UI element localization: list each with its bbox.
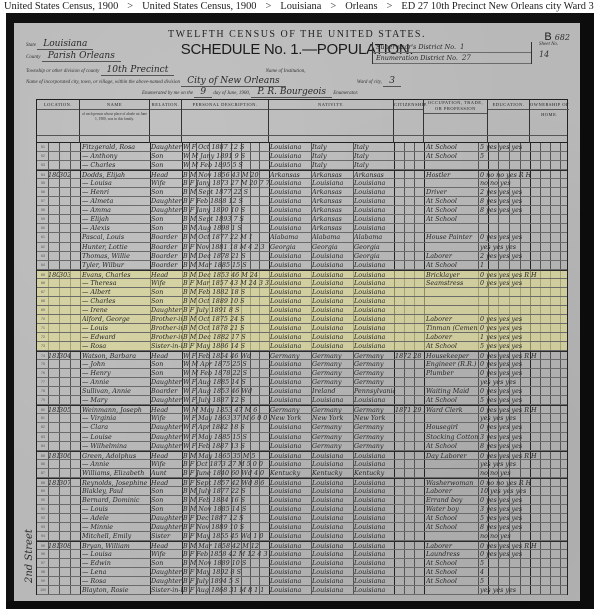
cell-house [48, 505, 59, 514]
cell-imm [395, 387, 424, 396]
cell-line: 67 [39, 288, 47, 297]
cell-line: 96 [39, 550, 47, 559]
cell-edu [480, 306, 569, 315]
cell-line: 84 [39, 442, 47, 451]
cell-birth: Louisiana [270, 460, 311, 469]
cell-mother: Louisiana [354, 215, 394, 224]
cell-occupation: Plumber [426, 369, 478, 378]
cell-name: — Amma [82, 206, 150, 215]
table-body: 51Fitzgerald, RosaDaughterW F Oct 1887 1… [37, 143, 567, 595]
county-field: County Parish Orleans [26, 51, 121, 61]
cell-edu: 8 yes yes yes [480, 523, 569, 532]
cell-occupation: Laborer [426, 315, 478, 324]
header-name-sub: of each person whose place of abode on J… [80, 110, 149, 124]
cell-father: Germany [312, 442, 353, 451]
table-row: 651809303Evans, CharlesHeadB M Dec 1853 … [37, 270, 567, 279]
table-row: 83— LouiseDaughterW F May 1885 15 SLouis… [37, 433, 567, 442]
cell-family [59, 532, 70, 541]
cell-house [48, 369, 59, 378]
cell-birth: Louisiana [270, 523, 311, 532]
table-row: 58— AmmaDaughterB F Jany 1890 10 SLouisi… [37, 206, 567, 215]
cell-name: Blakley, Paul [82, 487, 150, 496]
cell-desc: W F May 1885 15 S [183, 433, 269, 442]
breadcrumb-state[interactable]: Louisiana [280, 1, 321, 13]
cell-mother: Louisiana [354, 505, 394, 514]
ed-value: 27 [462, 54, 471, 62]
cell-mother: Louisiana [354, 559, 394, 568]
cell-relation: Brother-in-law [151, 315, 182, 324]
cell-imm [395, 369, 424, 378]
table-row: 90Bernard, DominicSonB M Feb 1884 16 SLo… [37, 496, 567, 505]
cell-desc: B M Sept 1893 7 S [183, 215, 269, 224]
cell-line: 97 [39, 559, 47, 568]
cell-mother: New York [354, 414, 394, 423]
cell-imm [395, 233, 424, 242]
table-row: 57— AlmetaDaughterB F Feb 1888 12 SLouis… [37, 197, 567, 206]
table-row: 75— JohnSonW M Apr 1875 25 SLouisianaGer… [37, 360, 567, 369]
cell-line: 87 [39, 469, 47, 478]
header-personal-title: PERSONAL DESCRIPTION. [182, 100, 268, 110]
column-number-row [37, 135, 567, 143]
cell-name: — Mary [82, 396, 150, 405]
supervisor-district-row: Supervisor's District No. 1 [373, 42, 531, 53]
cell-family [59, 423, 70, 432]
cell-relation: Son [151, 288, 182, 297]
cell-relation: Wife [151, 414, 182, 423]
cell-name: — Rosa [82, 342, 150, 351]
cell-father: Louisiana [312, 460, 353, 469]
cell-mother: Louisiana [354, 324, 394, 333]
cell-occupation: Driver [426, 188, 478, 197]
cell-edu: 0 yes yes yes [480, 550, 569, 559]
cell-imm [395, 324, 424, 333]
cell-family [59, 233, 70, 242]
cell-relation: Daughter [151, 143, 182, 152]
cell-relation: Daughter [151, 514, 182, 523]
cell-family [59, 505, 70, 514]
cell-imm [395, 378, 424, 387]
cell-desc: W M Jany 1891 9 S [183, 152, 269, 161]
table-row: 951819308Bryan, WilliamHeadB M Mar 1858 … [37, 541, 567, 550]
cell-edu: yes yes yes [480, 378, 569, 387]
cell-birth: Louisiana [270, 279, 311, 288]
table-row: 61Pascal, LouisBoarderB M Oct 1877 22 M … [37, 233, 567, 242]
cell-imm [395, 288, 424, 297]
table-row: 69— IreneDaughterB F July 1891 8 SLouisi… [37, 306, 567, 315]
cell-desc: B F Feb 1888 12 S [183, 197, 269, 206]
cell-desc: B F May 1855 45 Wd 1 0 [183, 532, 269, 541]
header-name-title: NAME [80, 100, 149, 110]
cell-father: Louisiana [312, 505, 353, 514]
cell-imm [395, 559, 424, 568]
cell-house [48, 378, 59, 387]
cell-mother: Louisiana [354, 568, 394, 577]
breadcrumb-collection[interactable]: United States Census, 1900 [4, 1, 118, 13]
cell-relation: Boarder [151, 243, 182, 252]
cell-occupation: At School [426, 152, 478, 161]
cell-desc: B M Nov 1885 14 S [183, 505, 269, 514]
cell-desc: W F Aug 1853 46 Wd [183, 387, 269, 396]
cell-occupation: At School [426, 215, 478, 224]
header-occupation-title: OCCUPATION, TRADE, OR PROFESSION [424, 100, 487, 114]
cell-desc: B F July 1894 5 S [183, 577, 269, 586]
cell-occupation: Seamstress [426, 279, 478, 288]
cell-line: 92 [39, 514, 47, 523]
cell-father: Louisiana [312, 261, 353, 270]
cell-father: Louisiana [312, 306, 353, 315]
cell-imm [395, 496, 424, 505]
cell-mother: Pennsylvania [354, 387, 394, 396]
cell-imm [395, 414, 424, 423]
cell-father: Louisiana [312, 496, 353, 505]
cell-imm [395, 206, 424, 215]
cell-edu: 5 [480, 559, 569, 568]
cell-relation: Wife [151, 550, 182, 559]
cell-family [59, 188, 70, 197]
enumeration-district-row: Enumeration District No. 27 [373, 53, 531, 64]
cell-house [48, 523, 59, 532]
table-row: 881817307Reynolds, JosephineHeadB F Sept… [37, 478, 567, 487]
cell-name: — Clara [82, 423, 150, 432]
cell-line: 78 [39, 387, 47, 396]
cell-house [48, 342, 59, 351]
cell-birth: Louisiana [270, 387, 311, 396]
cell-occupation: Laundress [426, 550, 478, 559]
cell-line: 63 [39, 252, 47, 261]
cell-mother: Louisiana [354, 342, 394, 351]
cell-edu: 10 yes yes yes [480, 487, 569, 496]
table-row: 68— CharlesSonB M Oct 1889 10 SLouisiana… [37, 297, 567, 306]
cell-name: — Theresa [82, 279, 150, 288]
cell-occupation [426, 469, 478, 478]
cell-family [59, 143, 70, 152]
cell-desc: B F June 1840 60 Wd 4 0 [183, 469, 269, 478]
cell-house [48, 206, 59, 215]
cell-line: 57 [39, 197, 47, 206]
cell-desc: B F Aug 1868 31 M 8 1 1 [183, 586, 269, 595]
cell-house [48, 297, 59, 306]
table-row: 851815306Green, AdolphusHeadB M May 1865… [37, 451, 567, 460]
breadcrumb-collection-2[interactable]: United States Census, 1900 [142, 1, 256, 13]
cell-relation: Brother-in-law [151, 324, 182, 333]
cell-birth: Louisiana [270, 423, 311, 432]
cell-imm [395, 215, 424, 224]
cell-occupation [426, 288, 478, 297]
cell-birth: Louisiana [270, 360, 311, 369]
cell-occupation: At School [426, 342, 478, 351]
cell-house [48, 414, 59, 423]
cell-desc: B F Jany 1890 10 S [183, 206, 269, 215]
cell-family [59, 550, 70, 559]
cell-line: 62 [39, 243, 47, 252]
cell-relation: Aunt [151, 469, 182, 478]
cell-name: — Annie [82, 378, 150, 387]
cell-edu: 1 yes yes yes [480, 333, 569, 342]
cell-mother: Louisiana [354, 550, 394, 559]
cell-family [59, 469, 70, 478]
table-row: 82— ClaraDaughterW F Apr 1882 18 SLouisi… [37, 423, 567, 432]
breadcrumb-parish[interactable]: Orleans [345, 1, 377, 13]
cell-father: Germany [312, 378, 353, 387]
cell-occupation: At School [426, 577, 478, 586]
cell-relation: Son [151, 496, 182, 505]
cell-imm [395, 179, 424, 188]
cell-father: Germany [312, 433, 353, 442]
cell-mother: Italy [354, 143, 394, 152]
census-title: TWELFTH CENSUS OF THE UNITED STATES. [14, 29, 580, 40]
cell-birth: Louisiana [270, 369, 311, 378]
cell-imm [395, 224, 424, 233]
cell-name: — Edwin [82, 559, 150, 568]
cell-family [59, 243, 70, 252]
cell-family [59, 586, 70, 595]
table-row: 62Hunter, LottieBoarderB F Nov 1881 18 M… [37, 243, 567, 252]
header-location-title: LOCATION. [37, 100, 79, 110]
cell-birth: Louisiana [270, 224, 311, 233]
cell-imm [395, 252, 424, 261]
cell-relation: Son [151, 224, 182, 233]
cell-occupation: Water boy [426, 505, 478, 514]
cell-imm [395, 487, 424, 496]
cell-line: 79 [39, 396, 47, 405]
cell-edu: 5 yes yes yes [480, 514, 569, 523]
cell-desc: W M Feb 1895 5 S [183, 161, 269, 170]
table-row: 67— AlbertSonB M Feb 1882 18 SLouisianaL… [37, 288, 567, 297]
cell-father: Germany [312, 360, 353, 369]
cell-name: — Rosa [82, 577, 150, 586]
cell-mother: Louisiana [354, 288, 394, 297]
cell-occupation: At School [426, 559, 478, 568]
cell-father: Kentucky [312, 469, 353, 478]
cell-house [48, 333, 59, 342]
supervisor-value: 1 [460, 43, 464, 51]
cell-father: Louisiana [312, 396, 353, 405]
cell-occupation [426, 414, 478, 423]
cell-house [48, 423, 59, 432]
cell-mother: Louisiana [354, 179, 394, 188]
cell-edu: 0 yes yes yes [480, 315, 569, 324]
cell-relation: Son [151, 559, 182, 568]
cell-occupation: Waiting Maid [426, 387, 478, 396]
table-row: 53— CharlesSonW M Feb 1895 5 SLouisianaI… [37, 161, 567, 170]
cell-birth: Louisiana [270, 568, 311, 577]
table-row: 71— LouisBrother-in-lawB M Oct 1878 21 S… [37, 324, 567, 333]
cell-line: 71 [39, 324, 47, 333]
cell-name: — Anthony [82, 152, 150, 161]
cell-father: Louisiana [312, 279, 353, 288]
cell-father: Louisiana [312, 568, 353, 577]
cell-edu [480, 224, 569, 233]
cell-name: — Charles [82, 161, 150, 170]
cell-edu: 0 yes yes yes [480, 496, 569, 505]
cell-house [48, 315, 59, 324]
cell-desc: W F Feb 1887 13 S [183, 442, 269, 451]
cell-mother: Kentucky [354, 469, 394, 478]
cell-desc: W F May 1863 37 M 6 0 0 [183, 414, 269, 423]
cell-relation: Daughter [151, 442, 182, 451]
cell-edu: 5 [480, 577, 569, 586]
cell-relation: Wife [151, 460, 182, 469]
table-row: 76— HenrySonW M Feb 1878 22 SLouisianaGe… [37, 369, 567, 378]
cell-name: Pascal, Louis [82, 233, 150, 242]
cell-mother: Germany [354, 423, 394, 432]
cell-imm [395, 550, 424, 559]
cell-birth: Louisiana [270, 433, 311, 442]
cell-name: — Albert [82, 288, 150, 297]
cell-imm [395, 306, 424, 315]
cell-line: 53 [39, 161, 47, 170]
cell-birth: Alabama [270, 233, 311, 242]
breadcrumb-separator: > [387, 1, 393, 13]
table-row: 66— TheresaWifeB F Mar 1857 43 M 24 3 3L… [37, 279, 567, 288]
cell-relation: Wife [151, 179, 182, 188]
cell-imm [395, 460, 424, 469]
header-ownership-title: OWNERSHIP OF HOME. [530, 100, 569, 110]
cell-house [48, 252, 59, 261]
cell-family [59, 387, 70, 396]
table-row: 84— WilhelminaDaughterW F Feb 1887 13 SL… [37, 442, 567, 451]
cell-line: 60 [39, 224, 47, 233]
cell-line: 61 [39, 233, 47, 242]
cell-edu: 1 [480, 261, 569, 270]
cell-occupation: Laborer [426, 487, 478, 496]
cell-relation: Daughter [151, 378, 182, 387]
cell-house [48, 197, 59, 206]
cell-father: Italy [312, 143, 353, 152]
scan-edge-bottom [6, 601, 594, 609]
cell-imm [395, 161, 424, 170]
table-row: 98— LenaDaughterB F May 1892 8 SLouisian… [37, 568, 567, 577]
cell-birth: Louisiana [270, 514, 311, 523]
cell-edu: 2 yes yes yes [480, 252, 569, 261]
cell-house [48, 288, 59, 297]
document-image-viewer[interactable]: 4120058 00240 TWELFTH CENSUS OF THE UNIT… [6, 13, 594, 609]
table-row: 52— AnthonySonW M Jany 1891 9 SLouisiana… [37, 152, 567, 161]
cell-father: Louisiana [312, 514, 353, 523]
cell-mother: Alabama [354, 233, 394, 242]
cell-house [48, 360, 59, 369]
sheet-number: Sheet No. 14 [539, 42, 558, 59]
cell-mother: Louisiana [354, 188, 394, 197]
cell-family [59, 261, 70, 270]
cell-family [59, 523, 70, 532]
cell-desc: W F Oct 1887 12 S [183, 143, 269, 152]
cell-imm [395, 279, 424, 288]
cell-mother: Germany [354, 369, 394, 378]
cell-occupation: Laborer [426, 333, 478, 342]
cell-house [48, 469, 59, 478]
cell-birth: Louisiana [270, 550, 311, 559]
cell-relation: Son [151, 188, 182, 197]
cell-occupation [426, 306, 478, 315]
cell-occupation: At School [426, 197, 478, 206]
cell-line: 86 [39, 460, 47, 469]
cell-desc: W M Apr 1875 25 S [183, 360, 269, 369]
cell-edu: 4 [480, 568, 569, 577]
cell-house [48, 152, 59, 161]
cell-occupation: Housegirl [426, 423, 478, 432]
cell-relation: Boarder [151, 387, 182, 396]
header-relation-title: RELATION. [150, 100, 181, 110]
cell-desc: B M Feb 1884 16 S [183, 496, 269, 505]
cell-edu: 0 yes yes yes [480, 369, 569, 378]
cell-desc: B F Dec 1887 12 S [183, 514, 269, 523]
cell-father: Louisiana [312, 523, 353, 532]
cell-house [48, 496, 59, 505]
cell-occupation: At School [426, 143, 478, 152]
enumerator-label: Enumerator. [333, 91, 358, 96]
cell-mother: Louisiana [354, 460, 394, 469]
cell-imm [395, 333, 424, 342]
cell-name: — Almeta [82, 197, 150, 206]
cell-relation: Son [151, 152, 182, 161]
cell-house [48, 224, 59, 233]
state-value: Louisiana [37, 39, 93, 50]
cell-occupation [426, 460, 478, 469]
breadcrumb-separator: > [330, 1, 336, 13]
cell-line: 52 [39, 152, 47, 161]
cell-birth: Louisiana [270, 206, 311, 215]
cell-desc: B M July 1877 22 S [183, 487, 269, 496]
cell-imm [395, 532, 424, 541]
cell-edu: 0 yes yes yes [480, 360, 569, 369]
table-row: 100Blayton, RosieSister-in-lawB F Aug 18… [37, 586, 567, 595]
cell-family [59, 333, 70, 342]
cell-family [59, 161, 70, 170]
breadcrumb-district[interactable]: ED 27 10th Precinct New Orleans city War… [401, 1, 593, 13]
cell-imm [395, 297, 424, 306]
table-row: 801813305Weinmann, JosephHeadW M May 185… [37, 405, 567, 414]
cell-occupation [426, 586, 478, 595]
cell-mother: Louisiana [354, 206, 394, 215]
cell-family [59, 297, 70, 306]
table-row: 81— VirginiaWifeW F May 1863 37 M 6 0 0N… [37, 414, 567, 423]
cell-birth: Louisiana [270, 288, 311, 297]
cell-birth: Louisiana [270, 396, 311, 405]
cell-imm [395, 360, 424, 369]
cell-house [48, 324, 59, 333]
cell-father: Louisiana [312, 550, 353, 559]
cell-family [59, 315, 70, 324]
cell-house [48, 233, 59, 242]
cell-mother: Louisiana [354, 224, 394, 233]
cell-occupation: Errand boy [426, 496, 478, 505]
cell-desc: B F May 1892 8 S [183, 568, 269, 577]
cell-desc: B M Oct 1877 22 M 1 [183, 233, 269, 242]
cell-birth: New York [270, 414, 311, 423]
cell-house [48, 396, 59, 405]
cell-desc: B M Nov 1889 10 S [183, 559, 269, 568]
cell-edu: no no yes [480, 532, 569, 541]
cell-father: Louisiana [312, 586, 353, 595]
cell-mother: Louisiana [354, 586, 394, 595]
cell-imm [395, 423, 424, 432]
cell-line: 66 [39, 279, 47, 288]
table-row: 72— EdwardBrother-in-lawB M Dec 1882 17 … [37, 333, 567, 342]
township-field: Township or other division of county 10t… [26, 65, 305, 75]
cell-occupation [426, 224, 478, 233]
cell-relation: Son [151, 487, 182, 496]
cell-name: Tyler, Wilbur [82, 261, 150, 270]
city-label: Name of incorporated city, town, or vill… [26, 80, 180, 85]
cell-relation: Boarder [151, 261, 182, 270]
cell-imm [395, 442, 424, 451]
header-education-title: EDUCATION. [488, 100, 529, 110]
cell-edu: 0 yes yes yes [480, 324, 569, 333]
cell-name: — Annie [82, 460, 150, 469]
cell-father: Louisiana [312, 315, 353, 324]
cell-edu: 8 yes yes yes [480, 197, 569, 206]
